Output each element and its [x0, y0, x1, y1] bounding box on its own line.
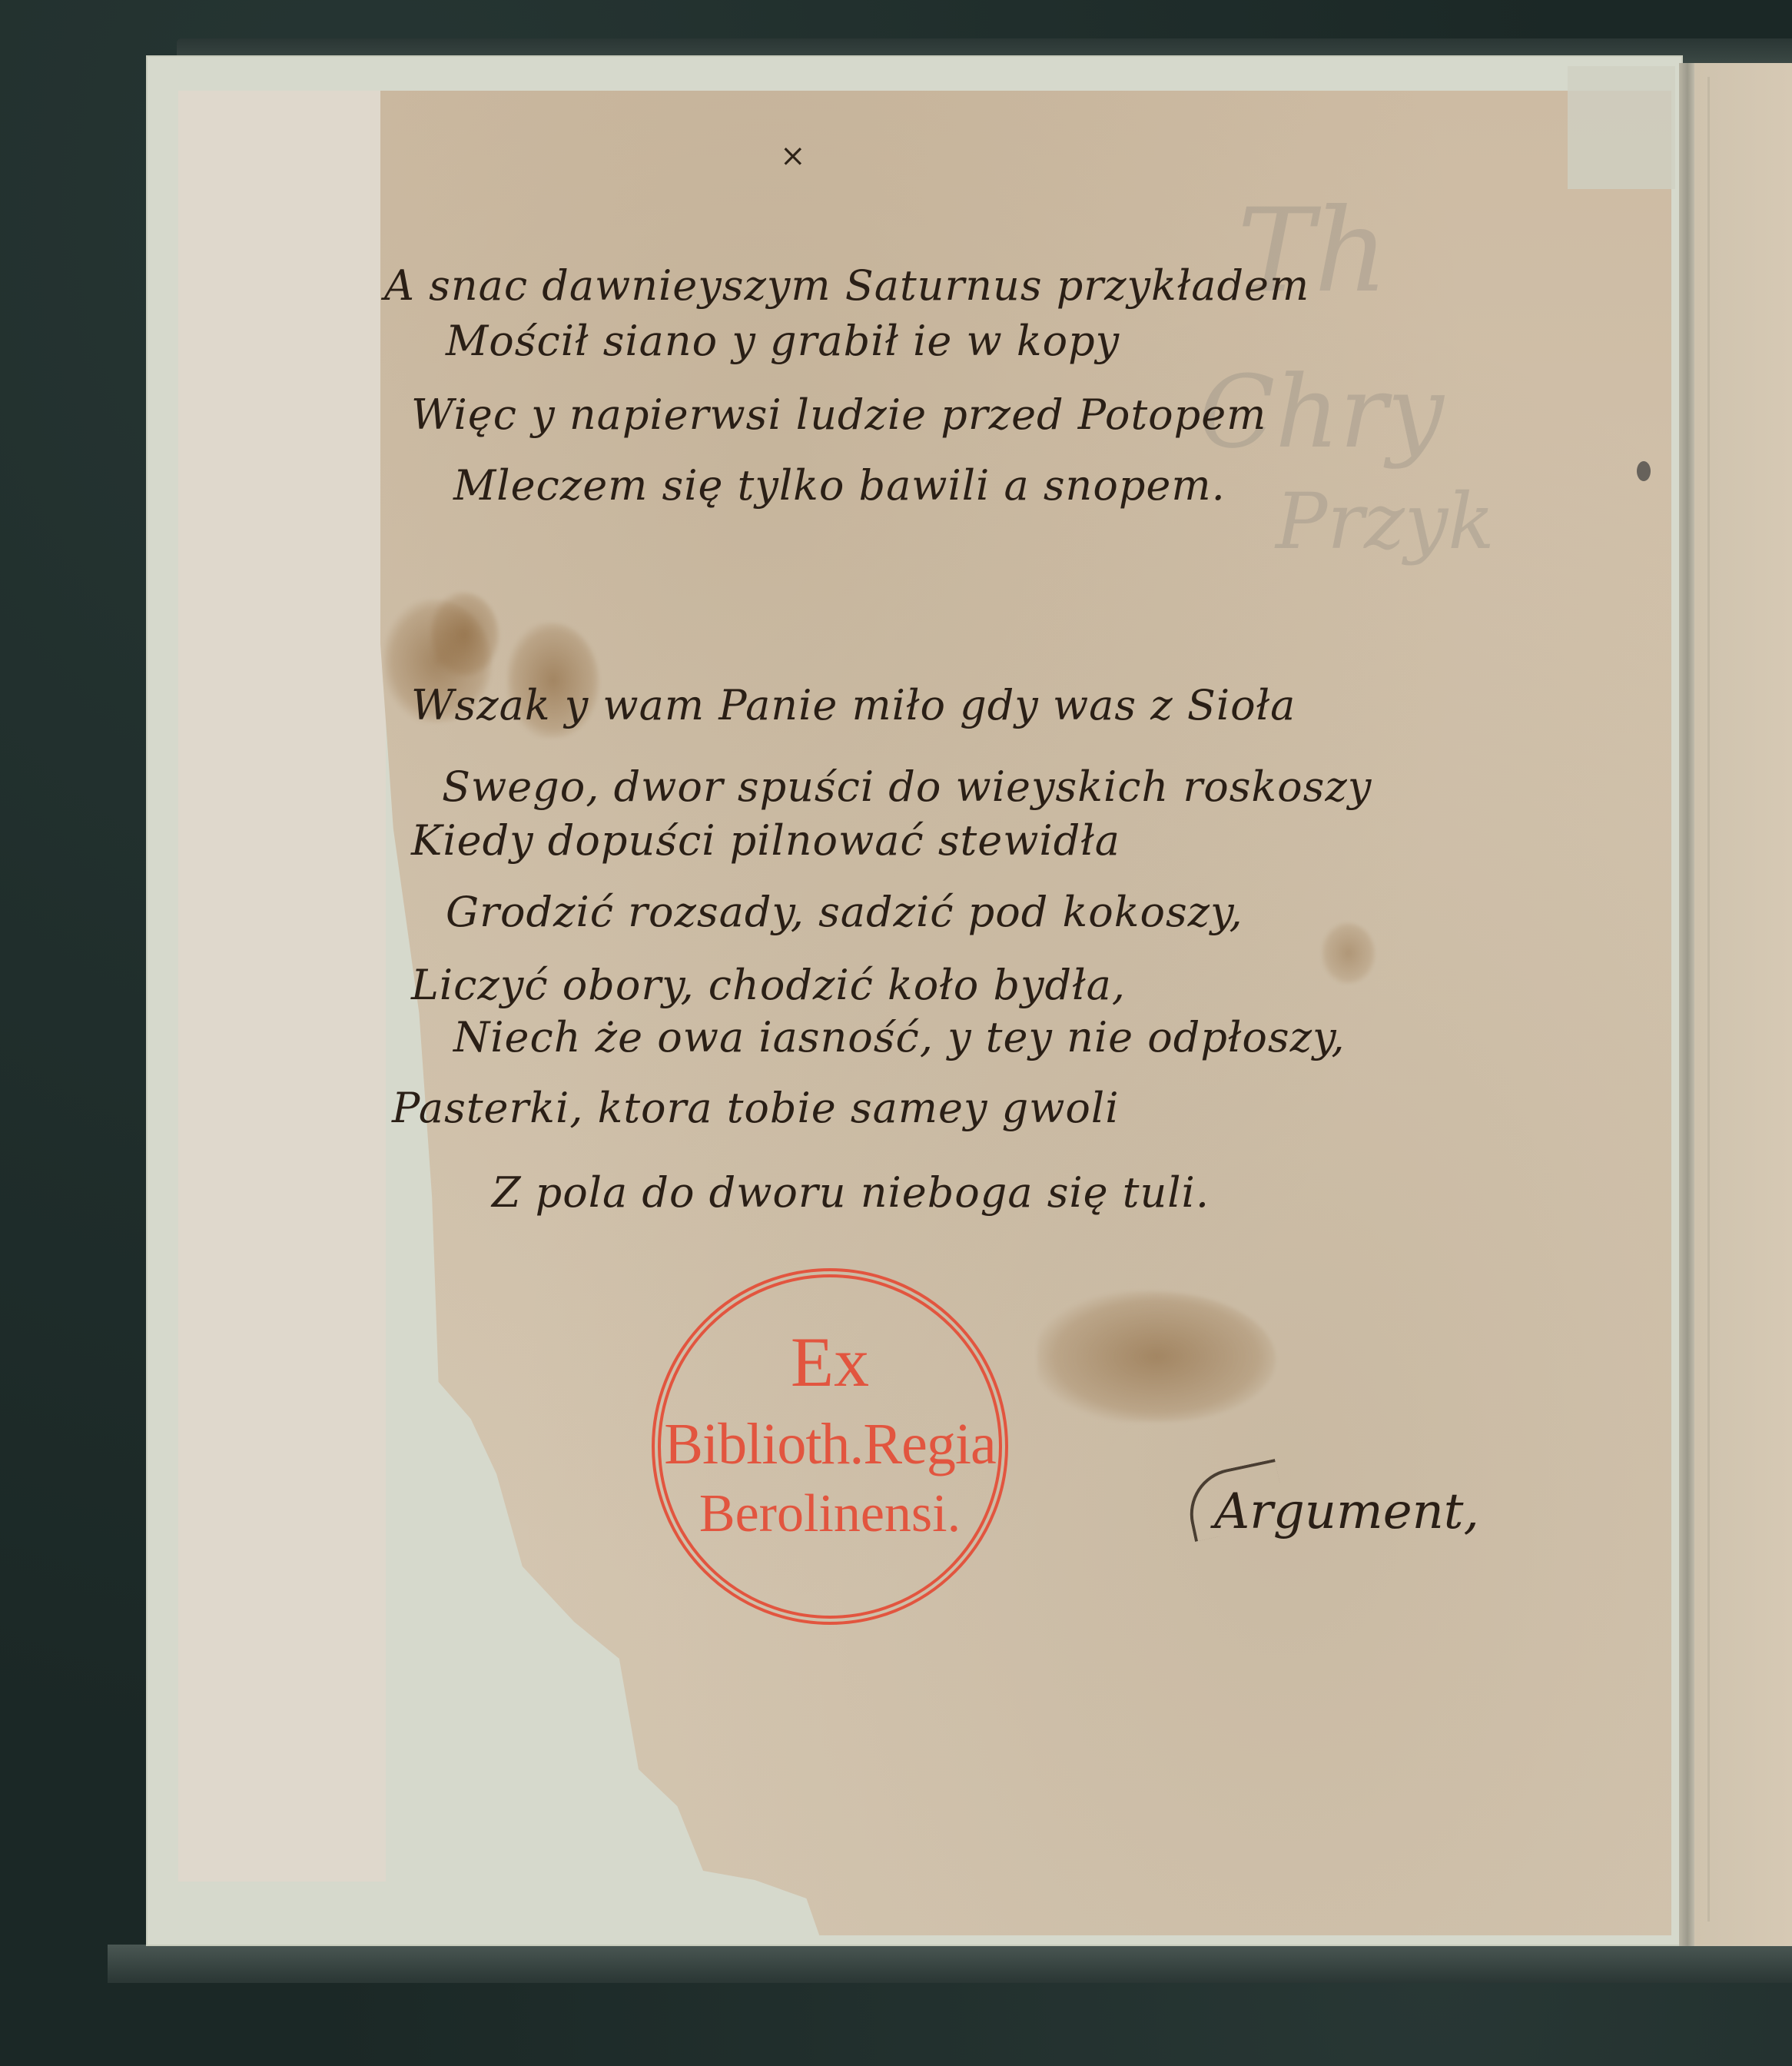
- verse-line: Pasterki, ktora tobie samey gwoli: [392, 1084, 1119, 1132]
- stamp-text-city: Berolinensi.: [699, 1484, 961, 1543]
- stamp-text-library: Biblioth.Regia: [664, 1413, 995, 1477]
- verse-line: Z pola do dworu nieboga się tuli.: [492, 1168, 1210, 1217]
- facing-page-fold-line: [1707, 77, 1710, 1922]
- verse-line: Wszak y wam Panie miło gdy was z Sioła: [411, 681, 1296, 729]
- verse-line: Swego, dwor spuści do wieyskich roskoszy: [442, 762, 1372, 811]
- dark-speck: [1637, 461, 1651, 481]
- ink-stain: [1322, 922, 1376, 984]
- top-cross-mark: ×: [780, 138, 806, 174]
- verse-line: Liczyć obory, chodzić koło bydła,: [411, 961, 1126, 1009]
- water-stain: [430, 592, 499, 676]
- stamp-text-ex: Ex: [791, 1327, 869, 1397]
- bleed-through-text: Przyk: [1276, 477, 1495, 566]
- verse-line: Więc y napierwsi ludzie przed Potopem: [411, 390, 1266, 439]
- library-ownership-stamp: Ex Biblioth.Regia Berolinensi.: [652, 1268, 1008, 1625]
- verse-line: Grodzić rozsady, sadzić pod kokoszy,: [446, 888, 1243, 936]
- verse-line: Mleczem się tylko bawili a snopem.: [453, 461, 1226, 510]
- binding-board-bottom-edge: [108, 1945, 1792, 1983]
- catchword: Argument,: [1214, 1483, 1479, 1540]
- verse-line: A snac dawnieyszym Saturnus przykładem: [384, 261, 1309, 310]
- verse-line: Kiedy dopuści pilnować stewidła: [411, 816, 1120, 865]
- flyleaf-strip: [178, 91, 386, 1882]
- pale-paper-patch: [1568, 66, 1675, 189]
- verse-line: Mościł siano y grabił ie w kopy: [446, 317, 1120, 365]
- verse-line: Niech że owa iasność, y tey nie odpłoszy…: [453, 1013, 1346, 1061]
- book-gutter: [1679, 63, 1696, 1946]
